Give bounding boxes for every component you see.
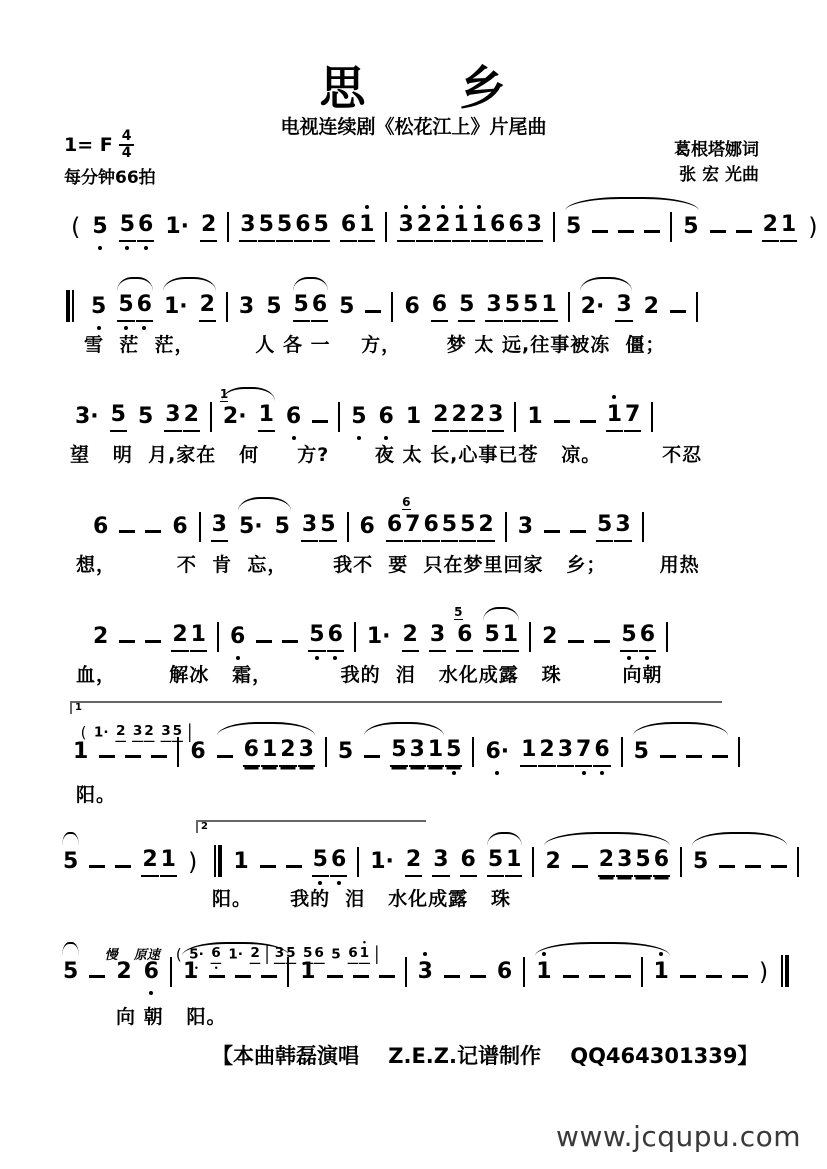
note: 2·	[580, 294, 606, 322]
note: 2	[434, 212, 451, 242]
slur-arc	[163, 277, 216, 291]
slur-arc	[117, 277, 153, 291]
note: 1	[526, 404, 543, 432]
duration-dash	[235, 975, 251, 978]
note: 65	[456, 622, 473, 652]
slur-arc	[293, 277, 328, 291]
octave-dot-above	[477, 205, 481, 209]
duration-dash	[568, 640, 584, 643]
note: 1	[452, 212, 469, 242]
duration-dash	[145, 530, 161, 533]
barline	[472, 737, 474, 767]
octave-dot-below	[149, 991, 153, 995]
barline	[357, 847, 359, 877]
note: 6	[653, 847, 670, 877]
note: 1	[780, 212, 797, 242]
note: 2	[541, 624, 558, 652]
note: 3	[487, 402, 504, 432]
octave-dot-above	[422, 205, 426, 209]
duration-dash	[706, 975, 722, 978]
duration-dash	[680, 975, 696, 978]
note: 5	[620, 622, 637, 652]
grace-note: 5	[454, 606, 462, 620]
duration-dash	[771, 865, 787, 868]
slur-arc	[62, 832, 79, 846]
volta-bracket-2: 2	[196, 820, 426, 833]
note: 6	[243, 737, 260, 767]
note: 5	[274, 514, 291, 542]
lyrics-line: 阳。 我的 泪 水化成露 珠	[212, 884, 511, 911]
slur-arc	[483, 607, 519, 621]
octave-dot-below	[125, 246, 129, 250]
barline	[177, 737, 179, 767]
lyricist-credit: 葛根塔娜词	[674, 138, 759, 163]
note: 3	[517, 514, 534, 542]
note: 6	[143, 959, 160, 987]
note: 5	[483, 622, 500, 652]
duration-dash	[256, 640, 272, 643]
barline	[529, 622, 531, 652]
duration-dash	[282, 640, 298, 643]
note: 2	[171, 622, 188, 652]
note: 6	[460, 847, 477, 877]
note: 1	[299, 959, 316, 987]
note: 3	[432, 847, 449, 877]
duration-dash	[119, 640, 135, 643]
time-signature: 4 4	[119, 130, 135, 160]
duration-dash	[353, 975, 369, 978]
note: 5	[596, 512, 613, 542]
note: 5	[91, 214, 108, 242]
note: 2	[432, 402, 449, 432]
note: 5	[459, 512, 476, 542]
lyrics-line: 阳。	[76, 780, 116, 807]
note: 5	[504, 292, 521, 322]
author-credits: 葛根塔娜词 张 宏 光曲	[674, 138, 759, 188]
note: 3	[239, 212, 256, 242]
duration-dash	[736, 230, 752, 233]
note: 3	[211, 512, 228, 542]
note: 5	[308, 622, 325, 652]
time-signature-numerator: 4	[119, 130, 135, 146]
duration-dash	[286, 865, 302, 868]
duration-dash	[365, 310, 381, 313]
note: 5	[110, 402, 127, 432]
note: 1	[606, 402, 623, 432]
barline	[354, 622, 356, 652]
note: 5	[692, 849, 709, 877]
note: 6	[311, 292, 328, 322]
note: 1	[520, 737, 537, 767]
repeat-end-barline	[208, 845, 222, 877]
slur-arc	[217, 722, 315, 736]
slur-arc	[580, 277, 632, 291]
note: 2	[544, 849, 561, 877]
note: 3	[417, 959, 434, 987]
barline	[391, 292, 393, 322]
note: 5	[337, 739, 354, 767]
slur-arc	[62, 942, 79, 956]
note: 6	[496, 959, 513, 987]
note: 1	[535, 959, 552, 987]
note: 2	[762, 212, 779, 242]
note: 2	[598, 847, 615, 877]
song-title-char-2: 乡	[460, 52, 508, 118]
parenthesis: (	[70, 214, 81, 242]
barline	[523, 957, 525, 987]
note: 6	[489, 212, 506, 242]
note: 6	[171, 514, 188, 542]
note: 5·	[238, 514, 264, 542]
note: 1·	[164, 214, 190, 242]
note: 1	[427, 737, 444, 767]
note: 3	[485, 292, 502, 322]
note: 5	[682, 214, 699, 242]
duration-dash	[686, 755, 702, 758]
note: 5	[119, 212, 136, 242]
barline	[226, 292, 228, 322]
duration-dash	[660, 755, 676, 758]
duration-dash	[592, 230, 608, 233]
note: 5	[458, 292, 475, 322]
note: 2	[199, 292, 216, 322]
duration-dash	[580, 420, 596, 423]
octave-dot-above	[363, 941, 365, 943]
note: 1	[471, 212, 488, 242]
barline	[170, 957, 172, 987]
note: 1	[653, 959, 670, 987]
note: 1	[505, 847, 522, 877]
note: 3	[298, 737, 315, 767]
note: 6·	[484, 739, 510, 767]
note: 3	[614, 512, 631, 542]
note: 5	[137, 404, 154, 432]
note: 2	[141, 847, 158, 877]
lyrics-line: 血， 解冰 霜， 我的 泪 水化成露 珠 向朝	[76, 660, 663, 687]
barline	[199, 512, 201, 542]
duration-dash	[209, 975, 225, 978]
note: 5	[312, 847, 329, 877]
duration-dash	[379, 975, 395, 978]
duration-dash	[554, 420, 570, 423]
barline	[642, 512, 644, 542]
lyrics-line: 向 朝 阳。	[116, 1002, 226, 1029]
song-title-char-1: 思	[320, 52, 368, 118]
note: 6	[327, 622, 344, 652]
music-system-2: 5561·23556566535512·32	[66, 286, 708, 322]
barline	[696, 292, 698, 322]
music-system-5: 2216561·236551256	[92, 616, 678, 652]
octave-dot-below	[582, 771, 586, 775]
note: 3	[409, 737, 426, 767]
barline	[568, 292, 570, 322]
volta-number: 2	[201, 821, 208, 832]
barline	[666, 622, 668, 652]
duration-dash	[125, 755, 141, 758]
note: 3	[429, 622, 446, 652]
grace-note: 6	[402, 496, 410, 510]
note: 5	[633, 739, 650, 767]
duration-dash	[589, 975, 605, 978]
duration-dash	[712, 755, 728, 758]
note: 1	[72, 739, 89, 767]
duration-dash	[615, 975, 631, 978]
barline	[680, 847, 682, 877]
octave-dot-above	[365, 205, 369, 209]
note: 1	[261, 737, 278, 767]
note: 6	[593, 737, 610, 767]
octave-dot-above	[423, 952, 427, 956]
note: 5	[90, 294, 107, 322]
parenthesis: )	[758, 959, 769, 987]
duration-dash	[594, 640, 610, 643]
octave-dot-above	[459, 205, 463, 209]
duration-dash	[444, 975, 460, 978]
lyrics-line: 雪 茫 茫， 人 各 一 方， 梦 太 远,往事被冻 僵；	[84, 330, 665, 357]
duration-dash	[115, 865, 131, 868]
note: 5	[62, 959, 79, 987]
note: 5	[522, 292, 539, 322]
note: 6	[403, 294, 420, 322]
note: 6	[378, 404, 395, 432]
barline	[347, 512, 349, 542]
music-system-7: 521)1561·23651223565	[62, 841, 809, 877]
website-watermark: www.jcqupu.com	[556, 1120, 801, 1153]
volta-bracket-1: 1	[70, 701, 722, 714]
time-signature-denominator: 4	[119, 146, 135, 160]
duration-dash	[670, 310, 686, 313]
note: 6	[386, 512, 403, 542]
octave-dot-below	[495, 771, 499, 775]
note: 6	[189, 739, 206, 767]
note: 2	[469, 402, 486, 432]
performance-credit: 【本曲韩磊演唱 Z.E.Z.记谱制作 QQ464301339】	[212, 1040, 758, 1070]
music-system-4: 6635·53566766552353	[92, 506, 654, 542]
barline	[651, 402, 653, 432]
note: 2	[279, 737, 296, 767]
barline	[405, 957, 407, 987]
note: 76	[404, 512, 421, 542]
note: 6	[431, 292, 448, 322]
barline	[338, 402, 340, 432]
note: 1	[358, 212, 375, 242]
duration-dash	[710, 230, 726, 233]
note: 6	[330, 847, 347, 877]
note: 1	[258, 402, 275, 432]
note: 6	[639, 622, 656, 652]
duration-dash	[99, 755, 115, 758]
note: 2	[538, 737, 555, 767]
barline	[385, 212, 387, 242]
barline	[287, 957, 289, 987]
duration-dash	[719, 865, 735, 868]
octave-dot-above	[612, 395, 616, 399]
note: 1·	[163, 294, 189, 322]
duration-dash	[261, 975, 277, 978]
octave-dot-above	[404, 205, 408, 209]
barline	[621, 737, 623, 767]
note: 6	[285, 404, 302, 432]
barline	[505, 512, 507, 542]
note: 5	[293, 292, 310, 322]
lyrics-line: 望 明 月,家在 何 方? 夜 太 长,心事已苍 凉。 不忍	[70, 440, 702, 467]
duration-dash	[563, 975, 579, 978]
slur-arc	[633, 722, 728, 736]
note: 3	[397, 212, 414, 242]
duration-dash	[327, 975, 343, 978]
note: 2	[402, 622, 419, 652]
slur-arc	[238, 497, 291, 511]
parenthesis: )	[187, 849, 198, 877]
note: 3	[164, 402, 181, 432]
duration-dash	[364, 755, 380, 758]
note: 6	[422, 512, 439, 542]
note: 5	[441, 512, 458, 542]
duration-dash	[217, 755, 233, 758]
duration-dash	[572, 865, 588, 868]
octave-dot-below	[600, 771, 604, 775]
barline	[670, 212, 672, 242]
duration-dash	[89, 975, 105, 978]
note: 6	[507, 212, 524, 242]
song-title: 思 乡	[0, 52, 827, 118]
parenthesis: )	[807, 214, 818, 242]
note: 6	[294, 212, 311, 242]
slur-arc	[487, 832, 522, 846]
key-signature: 1= F 4 4	[64, 130, 134, 160]
octave-dot-below	[144, 246, 148, 250]
note: 5	[313, 212, 330, 242]
slur-arc	[222, 387, 275, 401]
note: 5	[390, 737, 407, 767]
note: 5	[350, 404, 367, 432]
music-system-3: 3·55322·1165612223117	[74, 396, 663, 432]
duration-dash	[745, 865, 761, 868]
note: 3·	[74, 404, 100, 432]
barline	[641, 957, 643, 987]
composer-credit: 张 宏 光曲	[674, 163, 759, 188]
barline	[797, 847, 799, 877]
note: 5	[117, 292, 134, 322]
note: 5	[338, 294, 355, 322]
note: 6	[92, 514, 109, 542]
note: 3	[557, 737, 574, 767]
repeat-start-barline	[66, 290, 80, 322]
volta-number: 1	[75, 702, 82, 713]
note: 5	[319, 512, 336, 542]
note: 3	[301, 512, 318, 542]
note: 2	[477, 512, 494, 542]
note: 3	[238, 294, 255, 322]
music-system-6: 166123553156·123765	[72, 731, 750, 767]
duration-dash	[618, 230, 634, 233]
note: 5	[565, 214, 582, 242]
note: 6	[136, 292, 153, 322]
barline	[738, 737, 740, 767]
note: 1	[502, 622, 519, 652]
note: 3	[615, 292, 632, 322]
slur-arc	[535, 942, 670, 956]
lyrics-line: 想， 不 肯 忘， 我不 要 只在梦里回家 乡； 用热	[76, 550, 700, 577]
barline	[514, 402, 516, 432]
duration-dash	[570, 530, 586, 533]
note: 5	[62, 849, 79, 877]
note: 7	[624, 402, 641, 432]
slur-arc	[565, 197, 699, 211]
note: 6	[359, 514, 376, 542]
note: 3	[526, 212, 543, 242]
note: 3	[616, 847, 633, 877]
note: 2	[450, 402, 467, 432]
note: 5	[487, 847, 504, 877]
duration-dash	[119, 530, 135, 533]
barline	[532, 847, 534, 877]
note: 6	[340, 212, 357, 242]
key-prefix: 1= F	[64, 134, 113, 156]
note: 5	[276, 212, 293, 242]
note: 1·	[369, 849, 395, 877]
barline	[217, 622, 219, 652]
note: 1	[182, 959, 199, 987]
music-system-8: 526113611)	[62, 951, 799, 987]
octave-dot-above	[441, 205, 445, 209]
octave-dot-below	[452, 771, 456, 775]
duration-dash	[260, 865, 276, 868]
note: 2	[416, 212, 433, 242]
note: 6	[229, 624, 246, 652]
barline	[325, 737, 327, 767]
duration-dash	[644, 230, 660, 233]
duration-dash	[151, 755, 167, 758]
note: 1	[405, 404, 422, 432]
note: 2	[92, 624, 109, 652]
note: 2	[183, 402, 200, 432]
note: 7	[575, 737, 592, 767]
note: 1	[160, 847, 177, 877]
octave-dot-below	[98, 246, 102, 250]
music-system-1: (5561·23556561322116635521)	[70, 206, 827, 242]
note: 2	[405, 847, 422, 877]
note: 1	[540, 292, 557, 322]
note: 2	[643, 294, 660, 322]
duration-dash	[145, 640, 161, 643]
duration-dash	[732, 975, 748, 978]
note: 1·	[366, 624, 392, 652]
note: 5	[445, 737, 462, 767]
duration-dash	[544, 530, 560, 533]
duration-dash	[312, 420, 328, 423]
duration-dash	[470, 975, 486, 978]
slur-arc	[544, 832, 670, 846]
duration-dash	[89, 865, 105, 868]
slur-arc	[364, 722, 444, 736]
note: 5	[265, 294, 282, 322]
final-barline	[779, 955, 789, 987]
note: 5	[634, 847, 651, 877]
sheet-music-page: 思 乡 电视连续剧《松花江上》片尾曲 1= F 4 4 每分钟66拍 葛根塔娜词…	[0, 0, 827, 1169]
slur-arc	[692, 832, 787, 846]
note: 2	[200, 212, 217, 242]
barline	[227, 212, 229, 242]
tempo-marking: 每分钟66拍	[64, 163, 156, 188]
note: 2·1	[222, 404, 248, 432]
note: 6	[137, 212, 154, 242]
barline	[210, 402, 212, 432]
note: 1	[232, 849, 249, 877]
barline	[553, 212, 555, 242]
note: 1	[190, 622, 207, 652]
note: 2	[115, 959, 132, 987]
